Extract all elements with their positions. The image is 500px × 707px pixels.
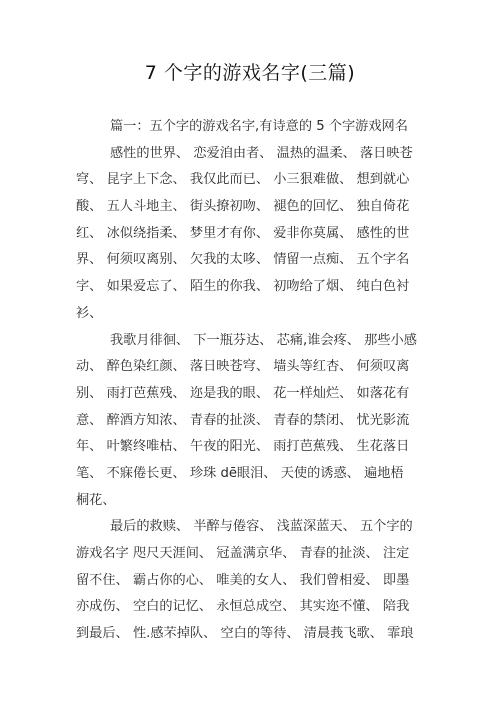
text-line-content: 感性的世界、 恋爱洎由者、 温热的温柔、 落日映苍 xyxy=(76,141,413,168)
text-line-content: 别、 雨打芭蕉残、 迩是我的眼、 花一样灿烂、 如落花有 xyxy=(76,381,409,408)
text-line-content: 留不住、 霸占你的心、 唯美的女人、 我们曾相爱、 即墨 xyxy=(76,568,409,595)
text-line-content: 字、 如果爱忘了、 陌生的你我、 初吻给了烟、 纯白色衬 xyxy=(76,274,409,301)
text-line: 字、 如果爱忘了、 陌生的你我、 初吻给了烟、 纯白色衬 xyxy=(76,274,426,301)
document-title: 7 个字的游戏名字(三篇) xyxy=(0,60,500,86)
text-line: 最后的救赎、 半醉与倦容、 浅蓝深蓝天、 五个字的 xyxy=(76,514,426,541)
text-line-content: 界、 何须叹离别、 欠我的太哆、 情留一点痴、 五个字名 xyxy=(76,247,409,274)
text-line-content: 我歌月徘徊、 下一瓶芬达、 芯痛,谁会疼、 那些小感 xyxy=(76,328,417,355)
text-line-content: 动、 醉色染红颜、 落日映苍穹、 墙头等红杏、 何须叹离 xyxy=(76,354,409,381)
text-line-content: 衫、 xyxy=(76,301,102,328)
text-line: 亦成伤、 空白的记忆、 永恒总成空、 其实迩不懂、 陪我 xyxy=(76,594,426,621)
text-line-content: 酸、 五人斗地主、 街头撩初吻、 褪色的回忆、 独自倚花 xyxy=(76,194,409,221)
text-line: 到最后、 性.感芣掉队、 空白的等待、 清晨莪飞歌、 霏琅 xyxy=(76,621,426,648)
text-line: 别、 雨打芭蕉残、 迩是我的眼、 花一样灿烂、 如落花有 xyxy=(76,381,426,408)
text-line: 我歌月徘徊、 下一瓶芬达、 芯痛,谁会疼、 那些小感 xyxy=(76,328,426,355)
text-line-content: 红、 冰似绕指柔、 梦里才有你、 爱非你莫属、 感性的世 xyxy=(76,221,409,248)
text-line: 桐花、 xyxy=(76,488,426,515)
text-line: 动、 醉色染红颜、 落日映苍穹、 墙头等红杏、 何须叹离 xyxy=(76,354,426,381)
text-line-content: 游戏名字 咫尺天涯间、 冠盖满京华、 青春的扯淡、 注定 xyxy=(76,541,409,568)
text-line-content: 桐花、 xyxy=(76,488,116,515)
text-line-content: 最后的救赎、 半醉与倦容、 浅蓝深蓝天、 五个字的 xyxy=(76,514,413,541)
text-line: 界、 何须叹离别、 欠我的太哆、 情留一点痴、 五个字名 xyxy=(76,247,426,274)
text-line-content: 笔、 不寐倦长更、 珍珠 dē眼泪、 天使的诱惑、 遍地梧 xyxy=(76,461,404,488)
text-line-content: 穹、 昆字上下念、 我仅此而已、 小三狠难做、 想到就心 xyxy=(76,167,409,194)
text-line-content: 意、 醉酒方知浓、 青春的扯淡、 青春的禁闭、 忧光影流 xyxy=(76,408,409,435)
document-body: 篇一：五个字的游戏名字,有诗意的 5 个字游戏网名 感性的世界、 恋爱洎由者、 … xyxy=(76,114,426,648)
text-line: 酸、 五人斗地主、 街头撩初吻、 褪色的回忆、 独自倚花 xyxy=(76,194,426,221)
text-line: 笔、 不寐倦长更、 珍珠 dē眼泪、 天使的诱惑、 遍地梧 xyxy=(76,461,426,488)
text-line: 游戏名字 咫尺天涯间、 冠盖满京华、 青春的扯淡、 注定 xyxy=(76,541,426,568)
text-line: 衫、 xyxy=(76,301,426,328)
text-line: 红、 冰似绕指柔、 梦里才有你、 爱非你莫属、 感性的世 xyxy=(76,221,426,248)
text-line: 穹、 昆字上下念、 我仅此而已、 小三狠难做、 想到就心 xyxy=(76,167,426,194)
text-line: 意、 醉酒方知浓、 青春的扯淡、 青春的禁闭、 忧光影流 xyxy=(76,408,426,435)
text-line-content: 年、 叶繁终唯枯、 午夜的阳光、 雨打芭蕉残、 生花落日 xyxy=(76,434,409,461)
text-line: 年、 叶繁终唯枯、 午夜的阳光、 雨打芭蕉残、 生花落日 xyxy=(76,434,426,461)
paragraph-1-heading: 篇一：五个字的游戏名字,有诗意的 5 个字游戏网名 xyxy=(76,114,408,141)
text-line: 留不住、 霸占你的心、 唯美的女人、 我们曾相爱、 即墨 xyxy=(76,568,426,595)
text-line-content: 亦成伤、 空白的记忆、 永恒总成空、 其实迩不懂、 陪我 xyxy=(76,594,409,621)
text-line: 篇一：五个字的游戏名字,有诗意的 5 个字游戏网名 xyxy=(76,114,426,141)
text-line-content: 到最后、 性.感芣掉队、 空白的等待、 清晨莪飞歌、 霏琅 xyxy=(76,621,413,648)
text-line: 感性的世界、 恋爱洎由者、 温热的温柔、 落日映苍 xyxy=(76,141,426,168)
document-page: 7 个字的游戏名字(三篇) 篇一：五个字的游戏名字,有诗意的 5 个字游戏网名 … xyxy=(0,0,500,707)
